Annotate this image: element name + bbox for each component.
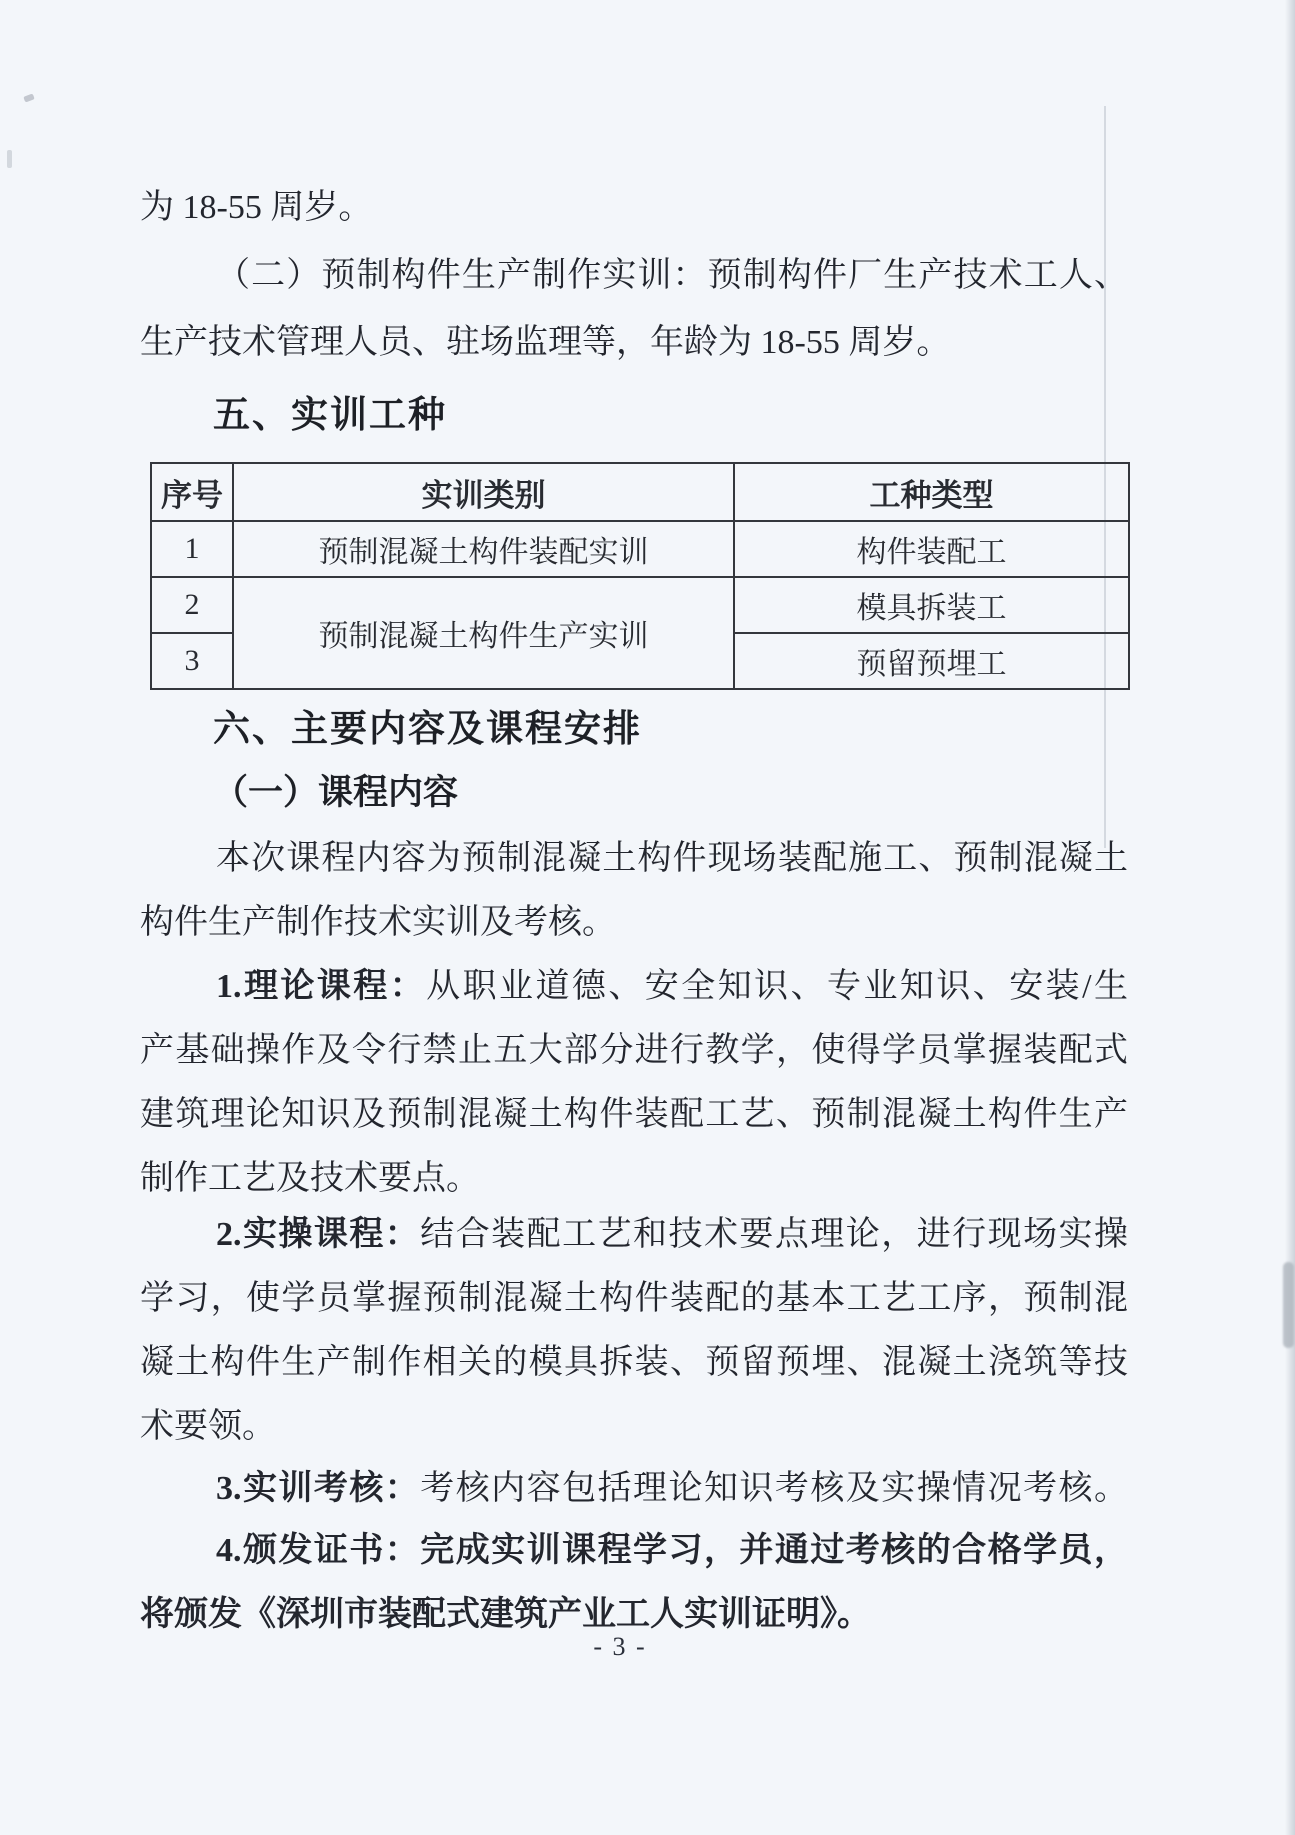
page-number: - 3 -	[540, 1632, 700, 1662]
table-header-row: 序号 实训类别 工种类型	[151, 463, 1129, 521]
cell-category-1: 预制混凝土构件装配实训	[233, 521, 734, 577]
col-header-category: 实训类别	[233, 463, 734, 521]
item1-line-2: 产基础操作及令行禁止五大部分进行教学，使得学员掌握装配式	[140, 1028, 1128, 1074]
col-header-index: 序号	[151, 463, 233, 521]
item1-line-3: 建筑理论知识及预制混凝土构件装配工艺、预制混凝土构件生产	[140, 1092, 1128, 1138]
intro-line-1: 本次课程内容为预制混凝土构件现场装配施工、预制混凝土	[140, 836, 1128, 882]
para-two-line-1: （二）预制构件生产制作实训：预制构件厂生产技术工人、	[140, 253, 1128, 299]
item1-line-1: 1.理论课程：从职业道德、安全知识、专业知识、安装/生	[140, 964, 1128, 1010]
item4-line-1: 4.颁发证书：完成实训课程学习，并通过考核的合格学员，	[140, 1528, 1128, 1574]
table-row: 1 预制混凝土构件装配实训 构件装配工	[151, 521, 1129, 577]
intro-line-2: 构件生产制作技术实训及考核。	[140, 900, 1128, 946]
paragraph-age-line: 为 18-55 周岁。	[140, 185, 1128, 231]
scan-speck	[23, 93, 34, 102]
cell-job-3: 预留预埋工	[734, 633, 1129, 689]
training-types-table: 序号 实训类别 工种类型 1 预制混凝土构件装配实训 构件装配工 2 预制混凝土…	[150, 462, 1130, 690]
item1-text: 从职业道德、安全知识、专业知识、安装/生	[426, 968, 1128, 1005]
cell-index-1: 1	[151, 521, 233, 577]
item1-label: 1.理论课程：	[216, 968, 426, 1005]
cell-job-1: 构件装配工	[734, 521, 1129, 577]
scan-edge-smudge	[1283, 1262, 1294, 1348]
item2-line-2: 学习，使学员掌握预制混凝土构件装配的基本工艺工序，预制混	[140, 1276, 1128, 1322]
document-page: 为 18-55 周岁。 （二）预制构件生产制作实训：预制构件厂生产技术工人、 生…	[0, 0, 1295, 1835]
item2-line-4: 术要领。	[140, 1404, 1128, 1450]
para-two-line-2: 生产技术管理人员、驻场监理等，年龄为 18-55 周岁。	[140, 320, 1128, 366]
subsection-one-heading: （一）课程内容	[213, 770, 458, 816]
section-five-heading: 五、实训工种	[213, 392, 447, 438]
item1-line-4: 制作工艺及技术要点。	[140, 1156, 1128, 1202]
scan-edge-band	[1285, 0, 1295, 1835]
cell-job-2: 模具拆装工	[734, 577, 1129, 633]
scan-speck	[7, 150, 12, 168]
item3-text: 考核内容包括理论知识考核及实操情况考核。	[420, 1470, 1128, 1507]
item2-label: 2.实操课程：	[216, 1216, 420, 1253]
table-row: 2 预制混凝土构件生产实训 模具拆装工	[151, 577, 1129, 633]
item2-line-3: 凝土构件生产制作相关的模具拆装、预留预埋、混凝土浇筑等技	[140, 1340, 1128, 1386]
cell-index-3: 3	[151, 633, 233, 689]
item2-text: 结合装配工艺和技术要点理论，进行现场实操	[420, 1216, 1128, 1253]
section-six-heading: 六、主要内容及课程安排	[213, 706, 642, 752]
cell-category-2-3-merged: 预制混凝土构件生产实训	[233, 577, 734, 689]
item2-line-1: 2.实操课程：结合装配工艺和技术要点理论，进行现场实操	[140, 1212, 1128, 1258]
col-header-jobtype: 工种类型	[734, 463, 1129, 521]
item3-label: 3.实训考核：	[216, 1470, 420, 1507]
item3-line-1: 3.实训考核：考核内容包括理论知识考核及实操情况考核。	[140, 1466, 1128, 1512]
item4-label: 4.颁发证书：	[216, 1532, 420, 1569]
cell-index-2: 2	[151, 577, 233, 633]
item4-text: 完成实训课程学习，并通过考核的合格学员，	[420, 1532, 1128, 1569]
